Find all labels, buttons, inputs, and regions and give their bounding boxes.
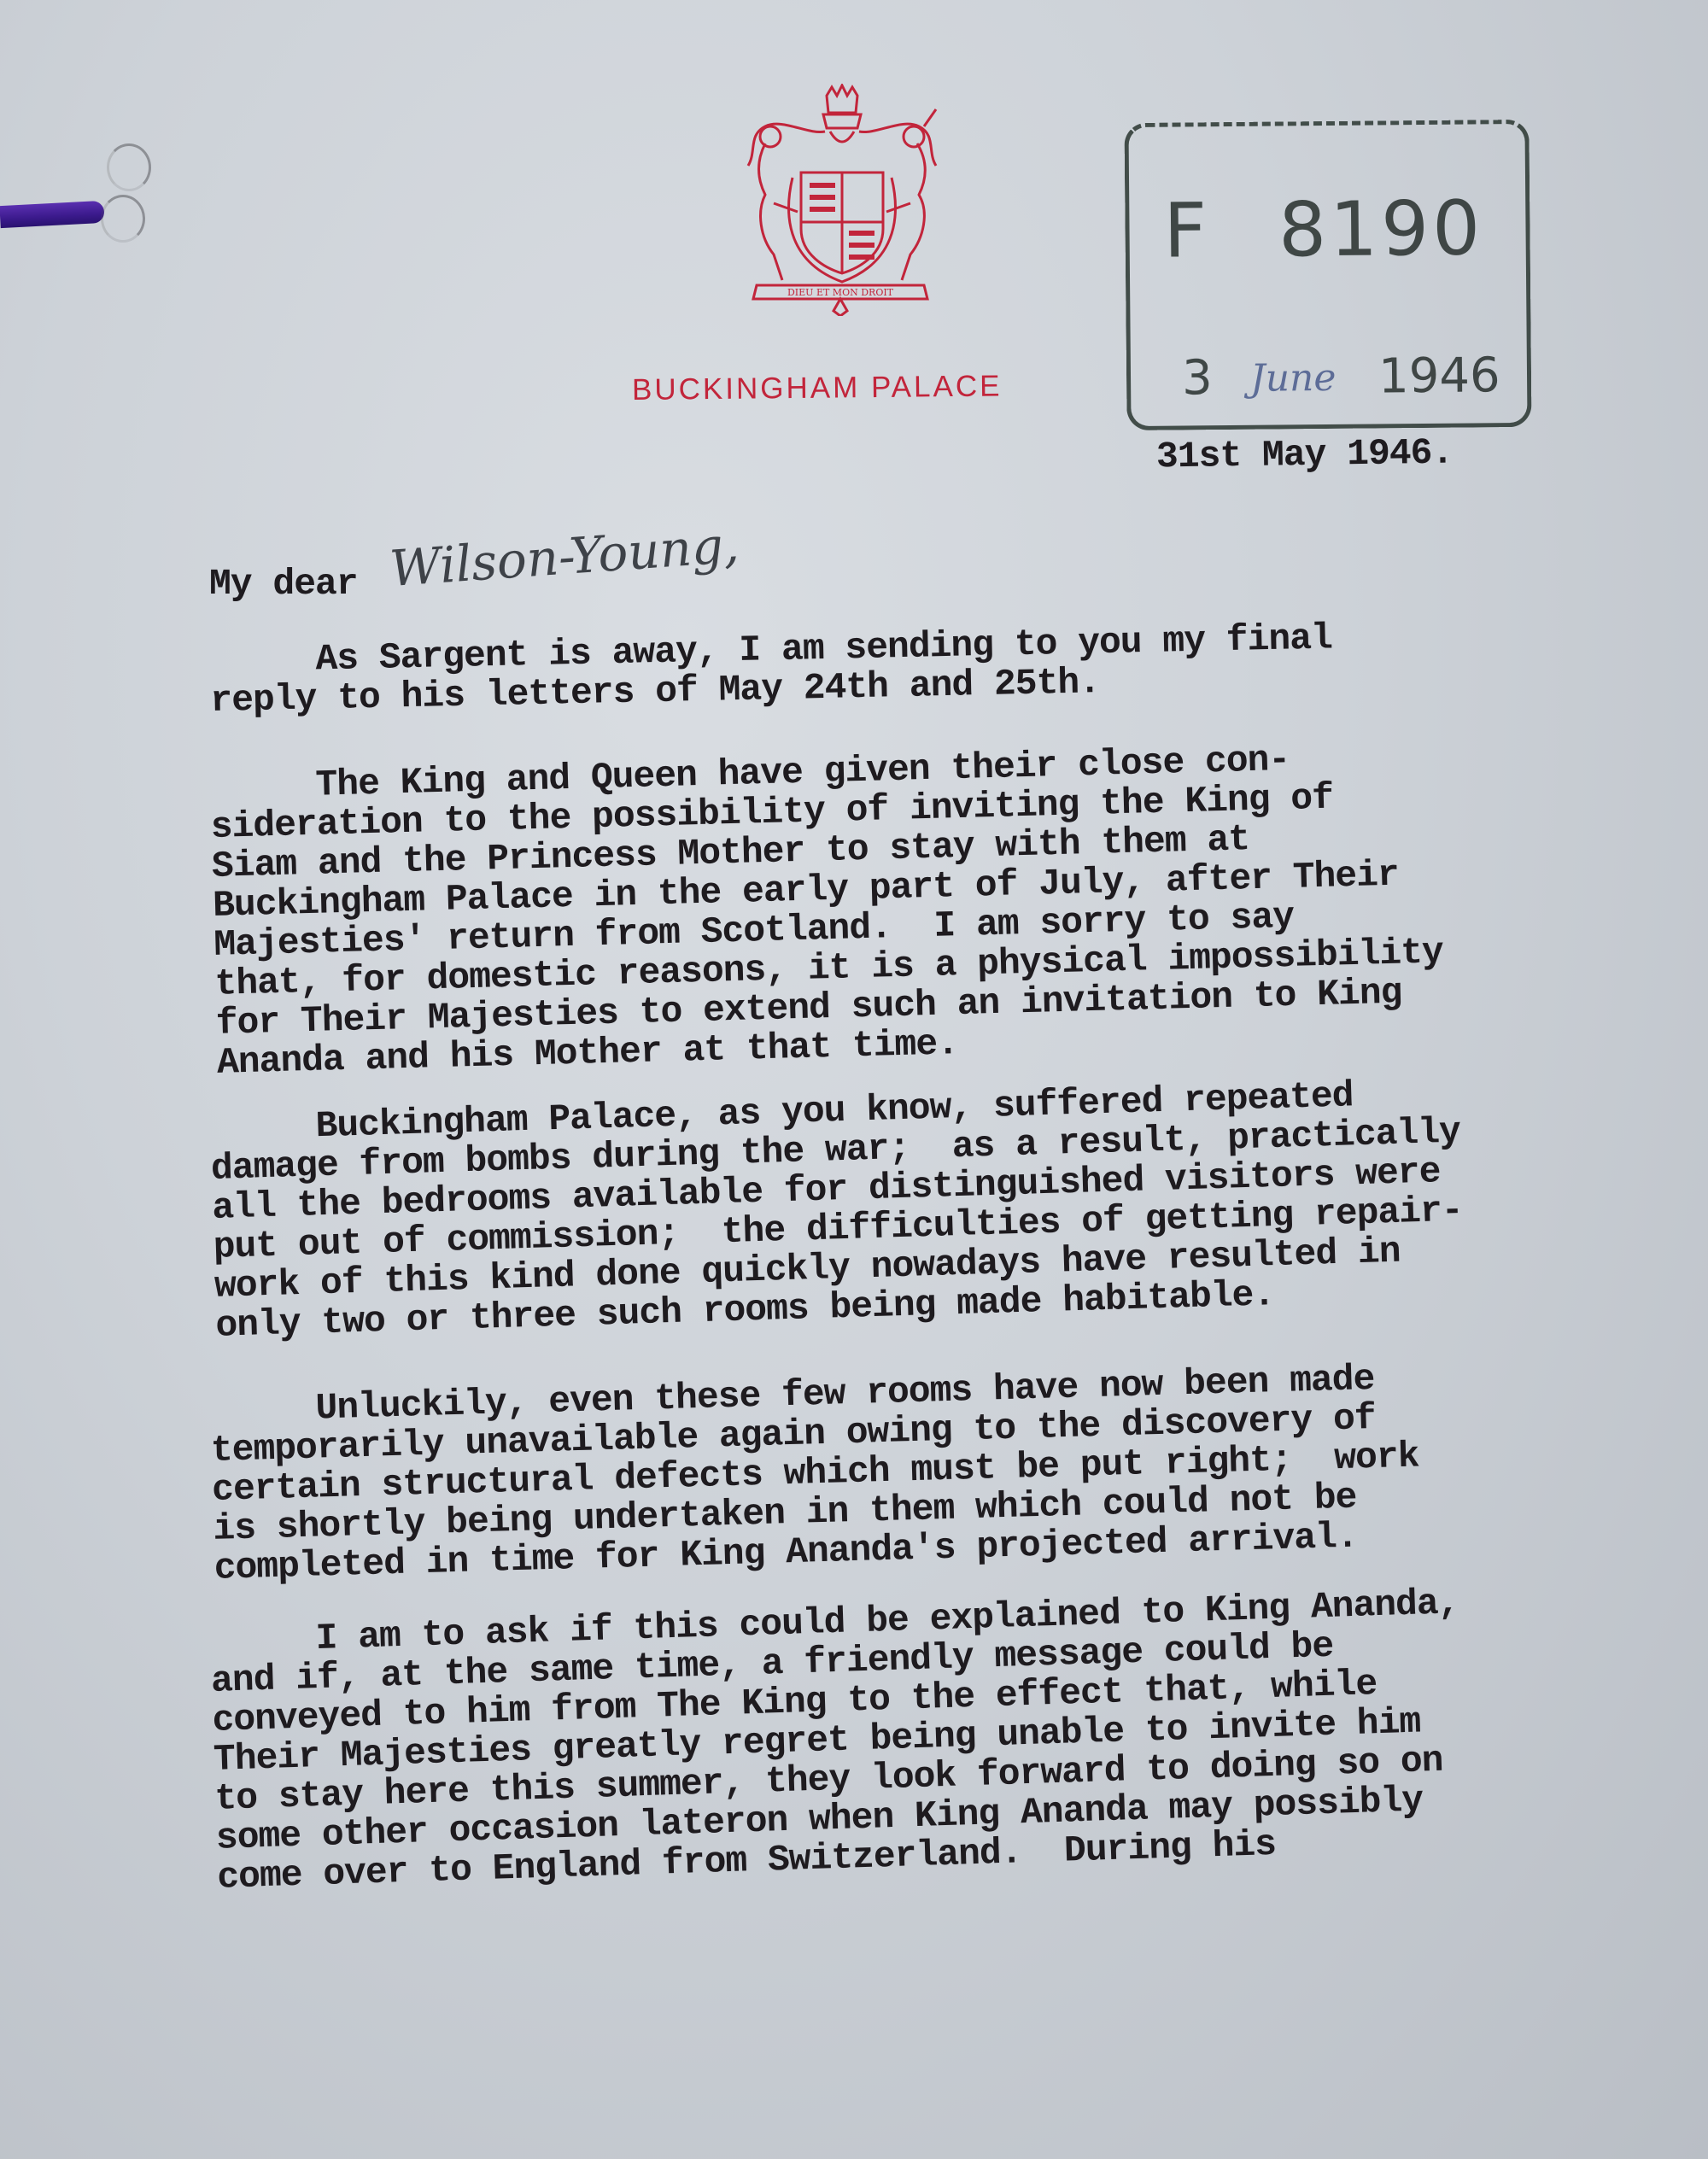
paragraph-5: I am to ask if this could be explained t… [209,1577,1669,1898]
stamp-day: 3 [1182,350,1213,406]
stamp-number: 8190 [1278,184,1484,273]
registry-stamp: F8190 3 June 1946 [1124,120,1531,430]
paragraph-3: Buckingham Palace, as you know, suffered… [209,1068,1667,1346]
stamp-year: 1946 [1378,348,1500,404]
letter-page: DIEU ET MON DROIT BUCKINGHAM PALACE F819… [0,0,1708,2159]
punch-hole [101,195,145,243]
stamp-prefix: F [1163,186,1211,274]
salutation: My dear Wilson-Young, [209,547,741,605]
salutation-typed: My dear [209,563,358,605]
stamp-month-handwritten: June [1250,356,1337,401]
binding-string [0,201,105,228]
punch-hole [107,143,151,191]
letterhead-title: BUCKINGHAM PALACE [632,369,1003,407]
royal-coat-of-arms-icon: DIEU ET MON DROIT [731,84,950,316]
stamp-reference: F8190 [1163,184,1483,274]
letter-date: 31st May 1946. [1156,432,1454,478]
paragraph-2: The King and Queen have given their clos… [209,730,1669,1082]
paragraph-1: As Sargent is away, I am sending to you … [209,611,1663,721]
crest-motto: DIEU ET MON DROIT [787,287,894,298]
paragraph-4: Unluckily, even these few rooms have now… [209,1352,1666,1589]
addressee-handwritten: Wilson-Young, [388,516,740,598]
